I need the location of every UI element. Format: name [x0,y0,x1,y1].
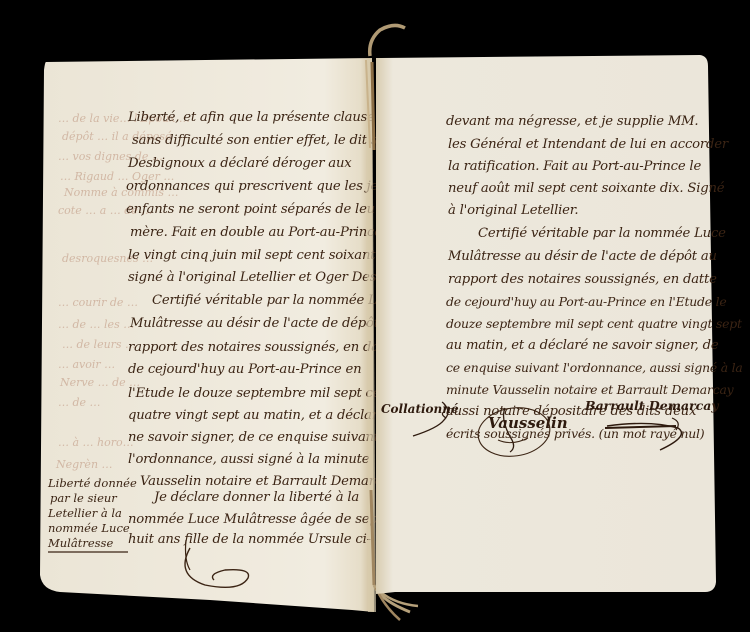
signature-flourishes [0,0,750,632]
right-page: devant ma négresse, et je supplie MM. le… [0,0,750,632]
